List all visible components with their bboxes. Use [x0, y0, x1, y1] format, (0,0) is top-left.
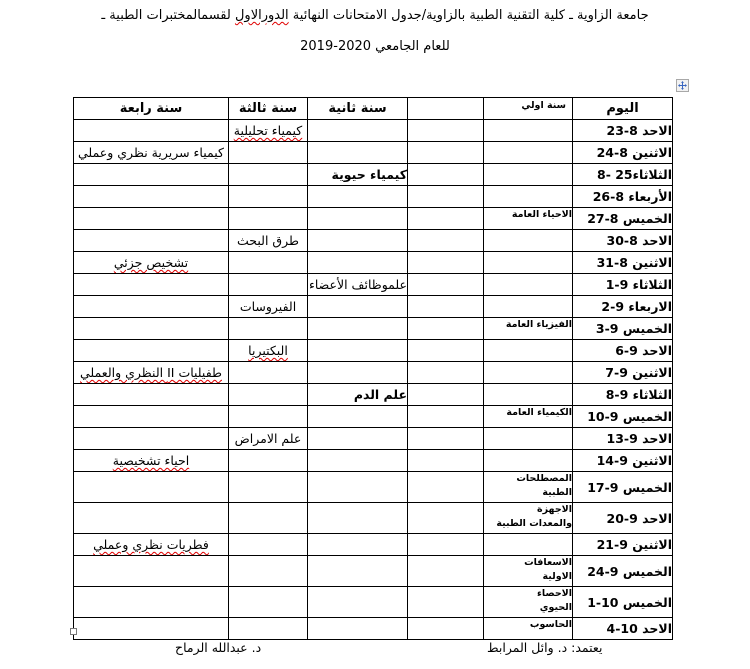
subject-cell-y1: المصطلحات الطبية [484, 472, 573, 503]
subject-cell-y2 [308, 362, 408, 384]
subject-cell-y3 [229, 406, 308, 428]
day-cell: الخميس 10-1 [573, 587, 673, 618]
day-label: الاثنين 9-21 [597, 537, 672, 552]
document-page: جامعة الزاوية ـ كلية التقنية الطبية بالز… [0, 0, 750, 669]
subject-cell-y2 [308, 296, 408, 318]
subject-label: الاحصاء الحيوي [537, 588, 572, 613]
spacer-cell [408, 384, 484, 406]
exam-schedule-table: اليوم سنة اولي سنة ثانية سنة ثالثة سنة ر… [73, 97, 673, 640]
day-cell: الاحد 9-13 [573, 428, 673, 450]
spacer-cell [408, 208, 484, 230]
subject-cell-y2: علم الدم [308, 384, 408, 406]
subject-cell-y1 [484, 450, 573, 472]
document-title: جامعة الزاوية ـ كلية التقنية الطبية بالز… [0, 8, 750, 23]
subject-label: احياء تشخيصية [113, 453, 189, 468]
table-row: الاربعاء 9-2الفيروسات [74, 296, 673, 318]
subject-cell-y4 [74, 230, 229, 252]
subject-cell-y3 [229, 503, 308, 534]
subject-cell-y1 [484, 142, 573, 164]
subject-cell-y3: علم الامراض [229, 428, 308, 450]
subject-label: الكيمياء العامة [506, 407, 572, 418]
day-label: الاحد 10-4 [607, 621, 673, 636]
subject-cell-y3 [229, 472, 308, 503]
subject-cell-y1: الفيزياء العامة [484, 318, 573, 340]
day-label: الاربعاء 9-2 [601, 299, 672, 314]
subject-cell-y3 [229, 362, 308, 384]
subject-label: الفيروسات [240, 299, 296, 314]
subject-label: الاحياء العامة [512, 209, 572, 220]
day-cell: الاحد 9-20 [573, 503, 673, 534]
day-cell: الاحد 10-4 [573, 618, 673, 640]
day-label: الثلاثاء25 -8 [597, 167, 672, 182]
approval-signature: يعتمد: د. وائل المرابط [487, 640, 602, 655]
subject-cell-y1: الكيمياء العامة [484, 406, 573, 428]
subject-cell-y2 [308, 534, 408, 556]
subject-label: الاسعافات الاولية [524, 557, 572, 582]
subject-cell-y3: البكتيريا [229, 340, 308, 362]
table-row: الثلاثاء 9-8علم الدم [74, 384, 673, 406]
subject-cell-y4 [74, 428, 229, 450]
spacer-cell [408, 406, 484, 428]
subject-cell-y1 [484, 186, 573, 208]
table-row: الاحد 10-4الحاسوب [74, 618, 673, 640]
day-label: الخميس 8-27 [587, 211, 672, 226]
spacer-cell [408, 252, 484, 274]
day-cell: الاثنين 9-7 [573, 362, 673, 384]
table-row: الخميس 9-10الكيمياء العامة [74, 406, 673, 428]
subject-label: البكتيريا [248, 343, 288, 358]
spacer-cell [408, 450, 484, 472]
day-label: الاحد 8-23 [607, 123, 673, 138]
subject-cell-y4 [74, 556, 229, 587]
subject-cell-y1: الاحياء العامة [484, 208, 573, 230]
subject-cell-y4 [74, 274, 229, 296]
second-signature: د. عبدالله الرماح [175, 640, 261, 655]
spacer-cell [408, 164, 484, 186]
day-cell: الثلاثاء 9-8 [573, 384, 673, 406]
subject-cell-y2 [308, 208, 408, 230]
title-misspelled-word: الدورالاول [235, 8, 289, 23]
subject-cell-y2 [308, 318, 408, 340]
day-cell: الخميس 9-17 [573, 472, 673, 503]
day-label: الخميس 9-17 [587, 480, 672, 495]
subject-cell-y1 [484, 120, 573, 142]
table-row: الاحد 9-6البكتيريا [74, 340, 673, 362]
header-year1: سنة اولي [484, 98, 573, 120]
subject-cell-y4: كيمياء سريرية نظري وعملي [74, 142, 229, 164]
spacer-cell [408, 362, 484, 384]
header-row: اليوم سنة اولي سنة ثانية سنة ثالثة سنة ر… [74, 98, 673, 120]
subject-cell-y2 [308, 428, 408, 450]
subject-cell-y1 [484, 164, 573, 186]
subject-cell-y4 [74, 587, 229, 618]
subject-label: فطريات نظري وعملي [93, 537, 209, 552]
spacer-cell [408, 230, 484, 252]
spacer-cell [408, 472, 484, 503]
day-label: الاثنين 9-14 [597, 453, 672, 468]
subject-label: الاجهزة والمعدات الطبية [496, 504, 572, 529]
subject-cell-y4 [74, 296, 229, 318]
spacer-cell [408, 318, 484, 340]
table-row: الاحد 9-20الاجهزة والمعدات الطبية [74, 503, 673, 534]
table-resize-handle[interactable] [70, 628, 77, 635]
subject-cell-y3 [229, 274, 308, 296]
subject-cell-y1 [484, 230, 573, 252]
day-cell: الاحد 8-23 [573, 120, 673, 142]
day-label: الخميس 9-10 [587, 409, 672, 424]
subject-cell-y3 [229, 556, 308, 587]
subject-cell-y2 [308, 340, 408, 362]
subject-cell-y4: فطريات نظري وعملي [74, 534, 229, 556]
day-label: الاحد 9-20 [607, 511, 673, 526]
header-year4: سنة رابعة [74, 98, 229, 120]
spacer-cell [408, 503, 484, 534]
subject-cell-y1 [484, 428, 573, 450]
spacer-cell [408, 274, 484, 296]
title-text-after: لقسمالمختبرات الطبية ـ [101, 8, 235, 23]
day-label: الاحد 9-13 [607, 431, 673, 446]
subject-cell-y4 [74, 208, 229, 230]
table-row: الخميس 10-1الاحصاء الحيوي [74, 587, 673, 618]
spacer-cell [408, 186, 484, 208]
day-cell: الخميس 9-10 [573, 406, 673, 428]
day-label: الأربعاء 8-26 [593, 189, 672, 204]
subject-cell-y3 [229, 534, 308, 556]
day-label: الخميس 9-24 [587, 564, 672, 579]
table-row: الاحد 8-30طرق البحث [74, 230, 673, 252]
spacer-cell [408, 534, 484, 556]
day-cell: الاثنين 8-24 [573, 142, 673, 164]
table-row: الاثنين 9-7طفيليات II النظري والعملي [74, 362, 673, 384]
day-cell: الاثنين 9-21 [573, 534, 673, 556]
day-label: الثلاثاء 9-1 [606, 277, 672, 292]
table-row: الاثنين 8-24كيمياء سريرية نظري وعملي [74, 142, 673, 164]
spacer-cell [408, 340, 484, 362]
subject-cell-y3 [229, 208, 308, 230]
day-cell: الخميس 9-24 [573, 556, 673, 587]
table-row: الاحد 9-13علم الامراض [74, 428, 673, 450]
spacer-cell [408, 120, 484, 142]
table-row: الاثنين 9-14احياء تشخيصية [74, 450, 673, 472]
day-label: الاثنين 8-31 [597, 255, 672, 270]
subject-cell-y2 [308, 186, 408, 208]
table-row: الاثنين 9-21فطريات نظري وعملي [74, 534, 673, 556]
subject-cell-y2 [308, 406, 408, 428]
header-year2: سنة ثانية [308, 98, 408, 120]
subject-cell-y3: الفيروسات [229, 296, 308, 318]
subject-cell-y2 [308, 618, 408, 640]
subject-cell-y4 [74, 164, 229, 186]
academic-year-subtitle: للعام الجامعي 2020-2019 [0, 39, 750, 54]
subject-cell-y4 [74, 120, 229, 142]
subject-cell-y2 [308, 120, 408, 142]
header-year3: سنة ثالثة [229, 98, 308, 120]
subject-cell-y3 [229, 450, 308, 472]
day-label: الخميس 9-3 [596, 321, 672, 336]
subject-cell-y4: احياء تشخيصية [74, 450, 229, 472]
subject-cell-y1 [484, 340, 573, 362]
subject-cell-y4 [74, 384, 229, 406]
subject-cell-y3 [229, 164, 308, 186]
subject-cell-y1 [484, 252, 573, 274]
subject-cell-y2 [308, 587, 408, 618]
day-cell: الخميس 9-3 [573, 318, 673, 340]
subject-cell-y1: الاحصاء الحيوي [484, 587, 573, 618]
subject-cell-y2 [308, 503, 408, 534]
day-cell: الثلاثاء25 -8 [573, 164, 673, 186]
day-cell: الثلاثاء 9-1 [573, 274, 673, 296]
subject-label: كيمياء حيوية [331, 167, 407, 182]
subject-cell-y3 [229, 186, 308, 208]
spacer-cell [408, 142, 484, 164]
subject-cell-y4: تشخيص جزئي [74, 252, 229, 274]
subject-cell-y1 [484, 384, 573, 406]
subject-cell-y4 [74, 503, 229, 534]
subject-cell-y4 [74, 406, 229, 428]
day-cell: الاحد 9-6 [573, 340, 673, 362]
subject-label: كيمياء تحليلية [234, 123, 302, 138]
subject-label: المصطلحات الطبية [516, 473, 572, 498]
subject-cell-y3 [229, 318, 308, 340]
table-row: الخميس 9-17المصطلحات الطبية [74, 472, 673, 503]
subject-label: الفيزياء العامة [506, 319, 572, 330]
subject-cell-y1: الاسعافات الاولية [484, 556, 573, 587]
subject-cell-y3: كيمياء تحليلية [229, 120, 308, 142]
subject-cell-y2 [308, 230, 408, 252]
subject-label: علم الامراض [235, 431, 302, 446]
spacer-cell [408, 428, 484, 450]
day-cell: الاثنين 8-31 [573, 252, 673, 274]
day-cell: الخميس 8-27 [573, 208, 673, 230]
table-row: الثلاثاء 9-1علموظائف الأعضاء [74, 274, 673, 296]
subject-label: علموظائف الأعضاء [309, 277, 407, 292]
table-row: الأربعاء 8-26 [74, 186, 673, 208]
table-row: الخميس 8-27الاحياء العامة [74, 208, 673, 230]
subject-cell-y1 [484, 362, 573, 384]
subject-cell-y1 [484, 274, 573, 296]
day-cell: الأربعاء 8-26 [573, 186, 673, 208]
subject-cell-y2 [308, 472, 408, 503]
subject-label: علم الدم [354, 387, 407, 402]
subject-cell-y1 [484, 296, 573, 318]
header-spacer [408, 98, 484, 120]
header-day: اليوم [573, 98, 673, 120]
move-icon [678, 81, 687, 90]
subject-label: الحاسوب [530, 619, 572, 630]
subject-cell-y3: طرق البحث [229, 230, 308, 252]
subject-label: تشخيص جزئي [114, 255, 188, 270]
subject-cell-y4 [74, 186, 229, 208]
subject-cell-y1: الحاسوب [484, 618, 573, 640]
subject-cell-y3 [229, 142, 308, 164]
subject-cell-y4 [74, 340, 229, 362]
day-label: الاثنين 9-7 [605, 365, 672, 380]
table-row: الخميس 9-24الاسعافات الاولية [74, 556, 673, 587]
spacer-cell [408, 556, 484, 587]
subject-cell-y4 [74, 472, 229, 503]
day-label: الخميس 10-1 [587, 595, 672, 610]
table-row: الثلاثاء25 -8كيمياء حيوية [74, 164, 673, 186]
subject-cell-y1 [484, 534, 573, 556]
subject-cell-y4 [74, 618, 229, 640]
day-label: الثلاثاء 9-8 [606, 387, 672, 402]
day-cell: الاحد 8-30 [573, 230, 673, 252]
day-cell: الاثنين 9-14 [573, 450, 673, 472]
subject-label: طرق البحث [237, 233, 299, 248]
table-row: الخميس 9-3الفيزياء العامة [74, 318, 673, 340]
subject-cell-y3 [229, 587, 308, 618]
day-label: الاحد 9-6 [615, 343, 672, 358]
spacer-cell [408, 587, 484, 618]
subject-cell-y3 [229, 618, 308, 640]
subject-cell-y2 [308, 450, 408, 472]
day-cell: الاربعاء 9-2 [573, 296, 673, 318]
subject-cell-y2: علموظائف الأعضاء [308, 274, 408, 296]
subject-cell-y4: طفيليات II النظري والعملي [74, 362, 229, 384]
table-move-handle[interactable] [676, 79, 689, 92]
spacer-cell [408, 618, 484, 640]
subject-cell-y2 [308, 142, 408, 164]
table-row: الاحد 8-23كيمياء تحليلية [74, 120, 673, 142]
subject-label: كيمياء سريرية نظري وعملي [78, 145, 224, 160]
subject-cell-y2 [308, 556, 408, 587]
subject-cell-y2 [308, 252, 408, 274]
subject-cell-y3 [229, 384, 308, 406]
table-row: الاثنين 8-31تشخيص جزئي [74, 252, 673, 274]
subject-cell-y1: الاجهزة والمعدات الطبية [484, 503, 573, 534]
subject-label: طفيليات II النظري والعملي [80, 365, 222, 380]
subject-cell-y3 [229, 252, 308, 274]
day-label: الاثنين 8-24 [597, 145, 672, 160]
spacer-cell [408, 296, 484, 318]
title-text-before: جامعة الزاوية ـ كلية التقنية الطبية بالز… [289, 8, 649, 23]
subject-cell-y2: كيمياء حيوية [308, 164, 408, 186]
subject-cell-y4 [74, 318, 229, 340]
day-label: الاحد 8-30 [607, 233, 673, 248]
